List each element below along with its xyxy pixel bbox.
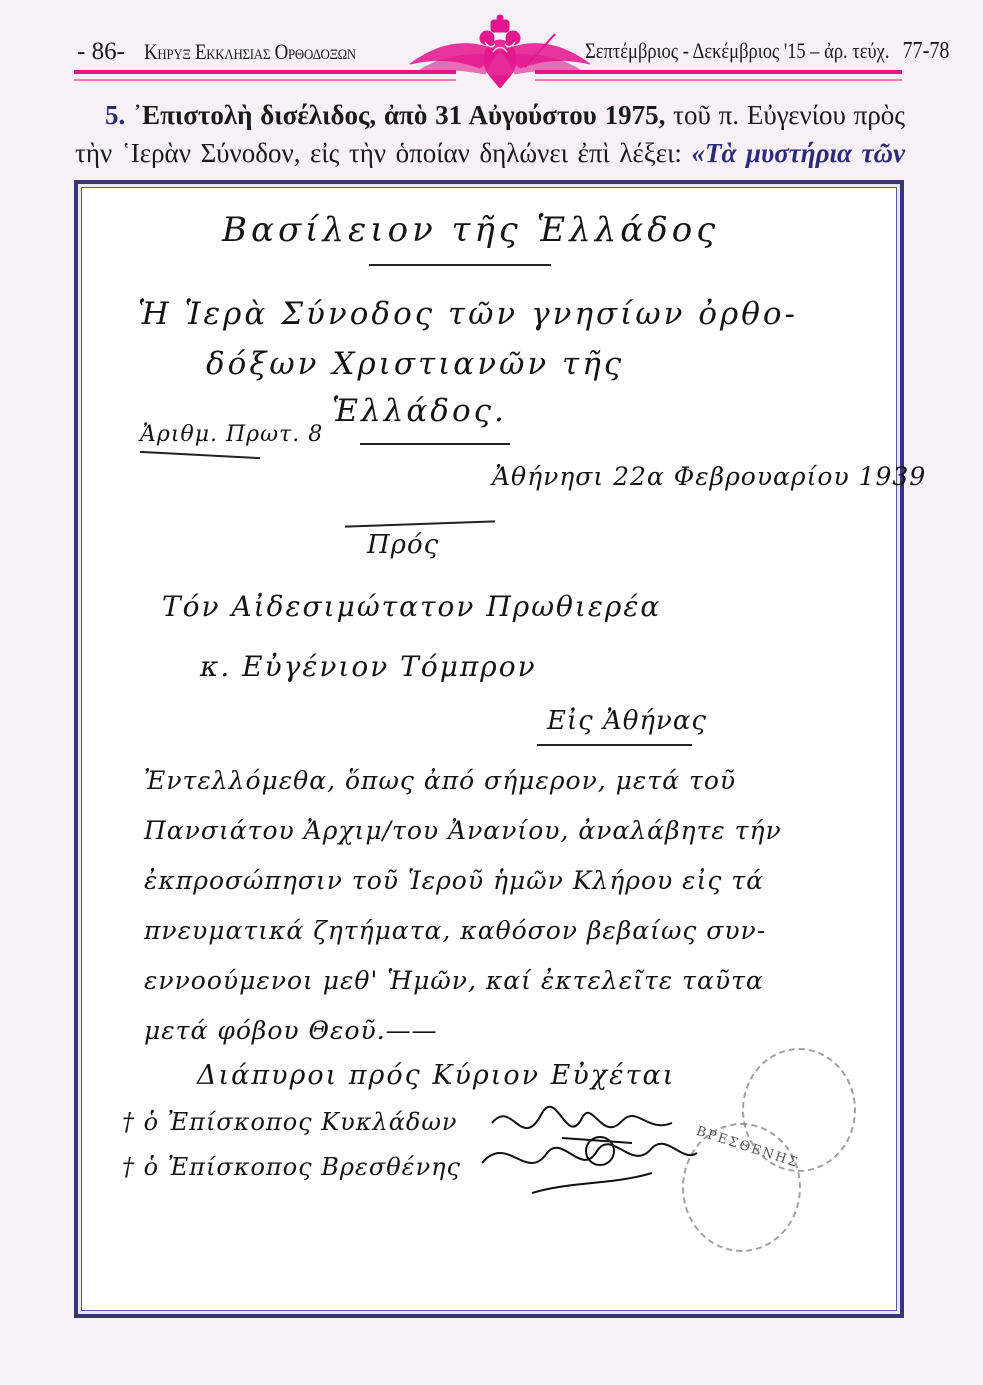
letter-heading: Βασίλειον τῆς Ἑλλάδος [222, 210, 719, 250]
sender-line-2: δόξων Χριστιανῶν τῆς [206, 346, 624, 382]
signatory-1: † ὁ Ἐπίσκοπος Κυκλάδων [122, 1108, 458, 1136]
recipient-line-2: κ. Εὐγένιον Τόμπρον [200, 650, 537, 683]
header-rule-thick-left [74, 70, 456, 74]
body-line-2: Πανσιάτου Ἀρχιμ/του Ἀνανίου, ἀναλάβητε τ… [144, 816, 782, 845]
heading-underline [369, 264, 551, 266]
running-header-left: - 86- Κηρυξ Εκκλησιας Ορθοδοξων [77, 38, 391, 66]
place-date: Ἀθήνησι 22α Φεβρουαρίου 1939 [492, 462, 926, 491]
protocol-number: Ἀριθμ. Πρωτ. 8 [140, 422, 323, 447]
intro-line-1-rest: τοῦ π. Εὐγενίου πρὸς [673, 100, 905, 130]
item-number: 5. [105, 100, 125, 130]
handwritten-letter: ΒΡΕΣΘΕΝΗΣ Βασίλειον τῆς Ἑλλάδος Ἡ Ἱερὰ Σ… [81, 187, 897, 1311]
recipient-city: Εἰς Ἀθήνας [547, 706, 707, 736]
sender-line-3: Ἑλλάδος. [332, 393, 507, 429]
recipient-line-1: Τόν Αἰδεσιμώτατον Πρωθιερέα [162, 590, 661, 623]
closing-line: Διάπυροι πρός Κύριον Εὐχέται [197, 1060, 675, 1091]
intro-line-2: τὴν ῾Ιερὰν Σύνοδον, εἰς τὴν ὁποίαν δηλών… [75, 134, 905, 172]
signature-scribble [472, 1093, 732, 1203]
issue-numbers: 77-78 [902, 38, 949, 64]
protocol-underline [140, 451, 260, 459]
item-title: ᾽Επιστολὴ δισέλιδος, ἀπὸ 31 Αὐγούστου 19… [133, 100, 665, 130]
intro-line-1: 5. ᾽Επιστολὴ δισέλιδος, ἀπὸ 31 Αὐγούστου… [75, 96, 905, 134]
page-number: - 86- [77, 38, 125, 65]
intro-paragraph: 5. ᾽Επιστολὴ δισέλιδος, ἀπὸ 31 Αὐγούστου… [75, 96, 905, 172]
sender-line-1: Ἡ Ἱερὰ Σύνοδος τῶν γνησίων ὀρθο- [138, 296, 798, 332]
to-label: Πρός [367, 530, 439, 560]
body-line-3: ἐκπροσώπησιν τοῦ Ἱεροῦ ἡμῶν Κλήρου εἰς τ… [144, 866, 764, 895]
to-overline [345, 520, 495, 527]
running-header-right: Σεπτέμβριος - Δεκέμβριος '15 – ἀρ. τεύχ.… [585, 38, 950, 65]
issue-dates: Σεπτέμβριος - Δεκέμβριος '15 – ἀρ. τεύχ. [585, 38, 889, 63]
body-line-5: εννοούμενοι μεθ' Ἡμῶν, καί ἐκτελεῖτε ταῦ… [144, 966, 764, 995]
magazine-title: Κηρυξ Εκκλησιας Ορθοδοξων [144, 39, 356, 65]
body-line-4: πνευματικά ζητήματα, καθόσον βεβαίως συν… [144, 916, 766, 945]
signatory-2: † ὁ Ἐπίσκοπος Βρεσθένης [122, 1153, 461, 1181]
body-line-6: μετά φόβου Θεοῦ.—— [144, 1016, 438, 1045]
city-underline [537, 744, 692, 746]
quote-start: «Τὰ μυστήρια τῶν [691, 138, 905, 168]
double-headed-eagle-icon [405, 12, 595, 88]
sender-underline [360, 443, 510, 445]
intro-line-2-text: τὴν ῾Ιερὰν Σύνοδον, εἰς τὴν ὁποίαν δηλών… [75, 138, 682, 168]
body-line-1: Ἐντελλόμεθα, ὅπως ἀπό σήμερον, μετά τοῦ [144, 766, 736, 795]
header-rule-thick-right [535, 70, 902, 74]
document-frame: ΒΡΕΣΘΕΝΗΣ Βασίλειον τῆς Ἑλλάδος Ἡ Ἱερὰ Σ… [74, 180, 904, 1318]
header-rule-thin-right [535, 79, 902, 81]
header-rule-thin-left [74, 79, 456, 81]
